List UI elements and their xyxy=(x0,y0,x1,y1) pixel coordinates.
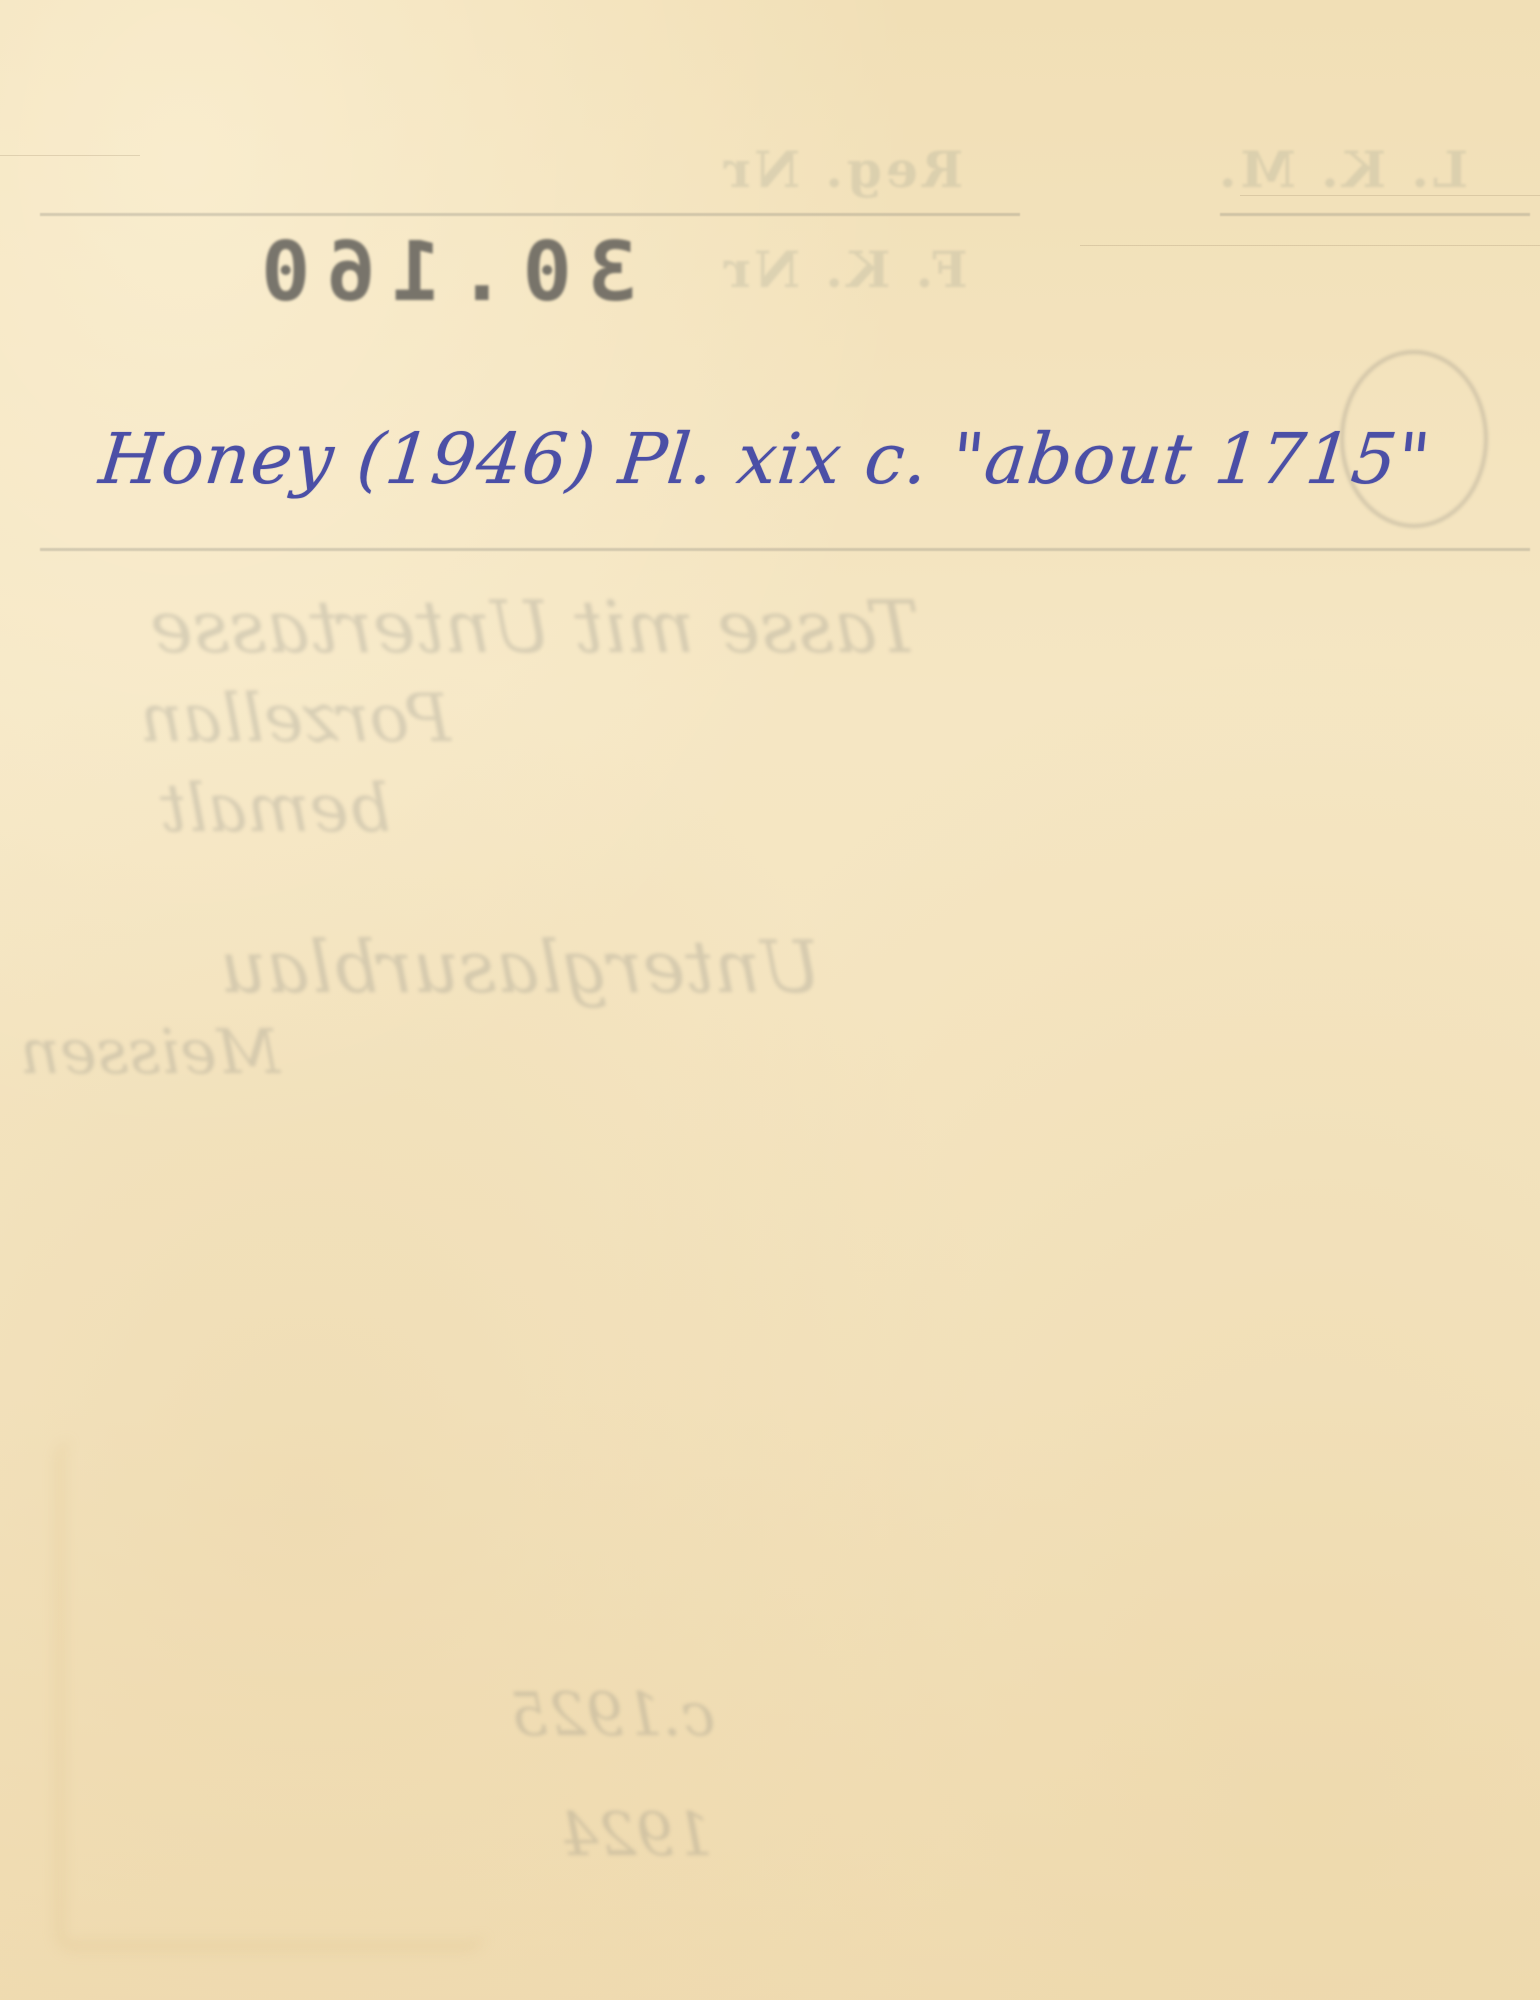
bleed-pencil-line: bemalt xyxy=(160,770,391,847)
bleed-header-lkm: L. K. M. xyxy=(1215,140,1468,199)
thin-rule xyxy=(1080,245,1540,246)
stamped-inventory-number: 30.160 xyxy=(245,225,637,320)
thin-rule xyxy=(0,155,140,156)
bleed-pencil-line: 1924 xyxy=(560,1800,713,1870)
catalog-card: L. K. M. Reg. Nr F. K. Nr 30.160 Honey (… xyxy=(0,0,1540,2000)
bleed-header-fk-nr: F. K. Nr xyxy=(720,240,968,299)
bleed-pencil-line: Meissen xyxy=(20,1015,280,1088)
thin-rule xyxy=(1240,195,1540,196)
header-rule-right xyxy=(1220,213,1530,216)
header-rule-left xyxy=(40,213,1020,216)
bleed-pencil-line: Tasse mit Untertasse xyxy=(150,585,919,669)
bleed-pencil-line: c.1925 xyxy=(510,1680,715,1750)
paper-stain xyxy=(55,1440,485,1952)
bleed-pencil-line: Porzellan xyxy=(140,680,451,757)
annotation-underline-rule xyxy=(40,548,1530,551)
bleed-header-reg-nr: Reg. Nr xyxy=(720,140,963,199)
bleed-pencil-line: Unterglasurblau xyxy=(220,925,821,1009)
reference-annotation: Honey (1946) Pl. xix c. "about 1715" xyxy=(96,418,1435,500)
